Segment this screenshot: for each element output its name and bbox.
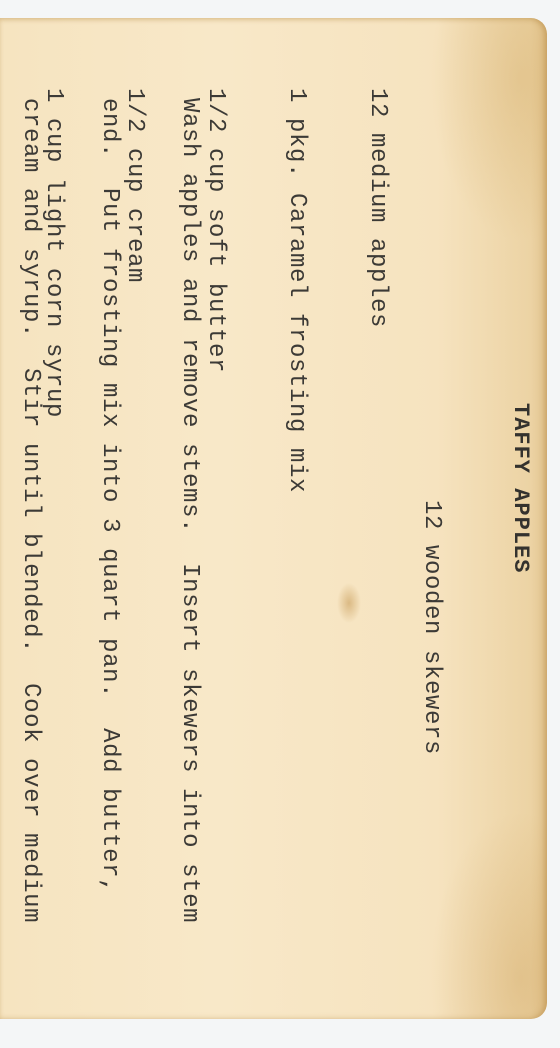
recipe-title: TAFFY APPLES	[508, 403, 533, 573]
recipe-card: TAFFY APPLES 12 medium apples 1 pkg. Car…	[0, 18, 547, 1019]
directions: Wash apples and remove stems. Insert ske…	[0, 98, 255, 923]
ingredient-item: 12 medium apples	[364, 88, 391, 493]
recipe-text-block: TAFFY APPLES 12 medium apples 1 pkg. Car…	[25, 88, 525, 1019]
ingredient-item: 1 pkg. Caramel frosting mix	[283, 88, 310, 493]
direction-line: cream and syrup. Stir until blended. Coo…	[17, 98, 44, 923]
direction-line: end. Put frosting mix into 3 quart pan. …	[96, 98, 123, 923]
direction-line: Wash apples and remove stems. Insert ske…	[176, 98, 203, 923]
ingredient-extra: 12 wooden skewers	[418, 500, 445, 755]
